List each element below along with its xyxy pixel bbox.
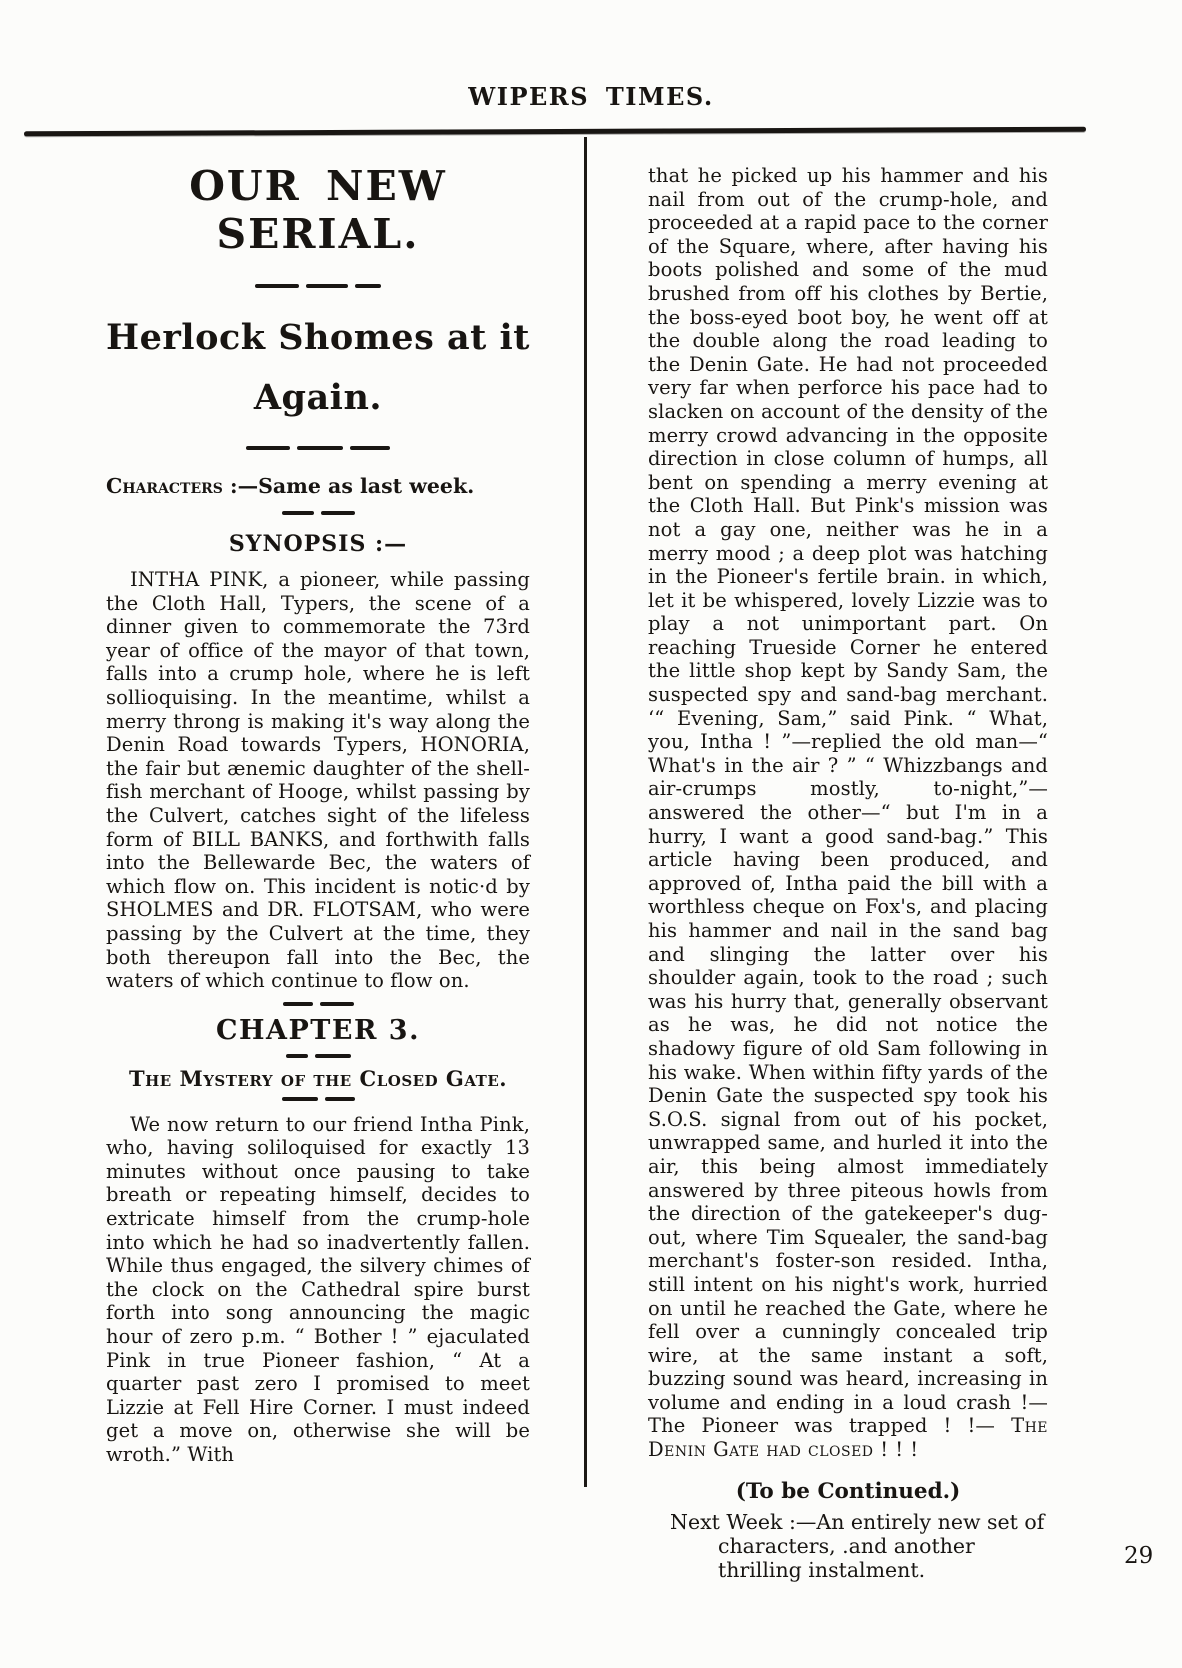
- chapter-subtitle: The Mystery of the Closed Gate.: [106, 1066, 530, 1091]
- synopsis-paragraph: INTHA PINK, a pioneer, while passing the…: [106, 568, 530, 993]
- dash-ornament: [106, 1002, 530, 1006]
- story-title: Herlock Shomes at itAgain.: [106, 308, 530, 428]
- characters-line: Characters :—Same as last week.: [106, 474, 530, 498]
- masthead-rule: [24, 127, 1086, 137]
- right-column: that he picked up his hammer and his nai…: [648, 150, 1048, 1582]
- synopsis-heading: SYNOPSIS :—: [106, 531, 530, 557]
- chapter-heading: CHAPTER 3.: [106, 1015, 530, 1046]
- page-number: 29: [1124, 1543, 1153, 1569]
- next-week-note: Next Week :—An entirely new set of chara…: [648, 1510, 1048, 1582]
- to-be-continued: (To be Continued.): [648, 1479, 1048, 1504]
- column-divider-rule: [584, 137, 587, 1487]
- left-column: OUR NEW SERIAL. Herlock Shomes at itAgai…: [106, 150, 530, 1467]
- dash-ornament: [106, 1054, 530, 1058]
- characters-label: Characters: [106, 474, 223, 498]
- dash-ornament: [106, 1097, 530, 1101]
- characters-text: :—Same as last week.: [223, 474, 474, 498]
- continuation-paragraph: that he picked up his hammer and his nai…: [648, 164, 1048, 1462]
- dash-ornament: [106, 284, 530, 288]
- serial-heading: OUR NEW SERIAL.: [106, 162, 530, 258]
- dash-ornament: [106, 446, 530, 450]
- continuation-text: that he picked up his hammer and his nai…: [648, 164, 1048, 1437]
- masthead-title: WIPERS TIMES.: [0, 82, 1182, 111]
- dash-ornament: [106, 511, 530, 515]
- story-title-line2: Again.: [106, 368, 530, 428]
- story-title-line1: Herlock Shomes at it: [106, 308, 530, 368]
- newspaper-page: WIPERS TIMES. OUR NEW SERIAL. Herlock Sh…: [0, 0, 1182, 1668]
- opening-paragraph: We now return to our friend Intha Pink, …: [106, 1113, 530, 1467]
